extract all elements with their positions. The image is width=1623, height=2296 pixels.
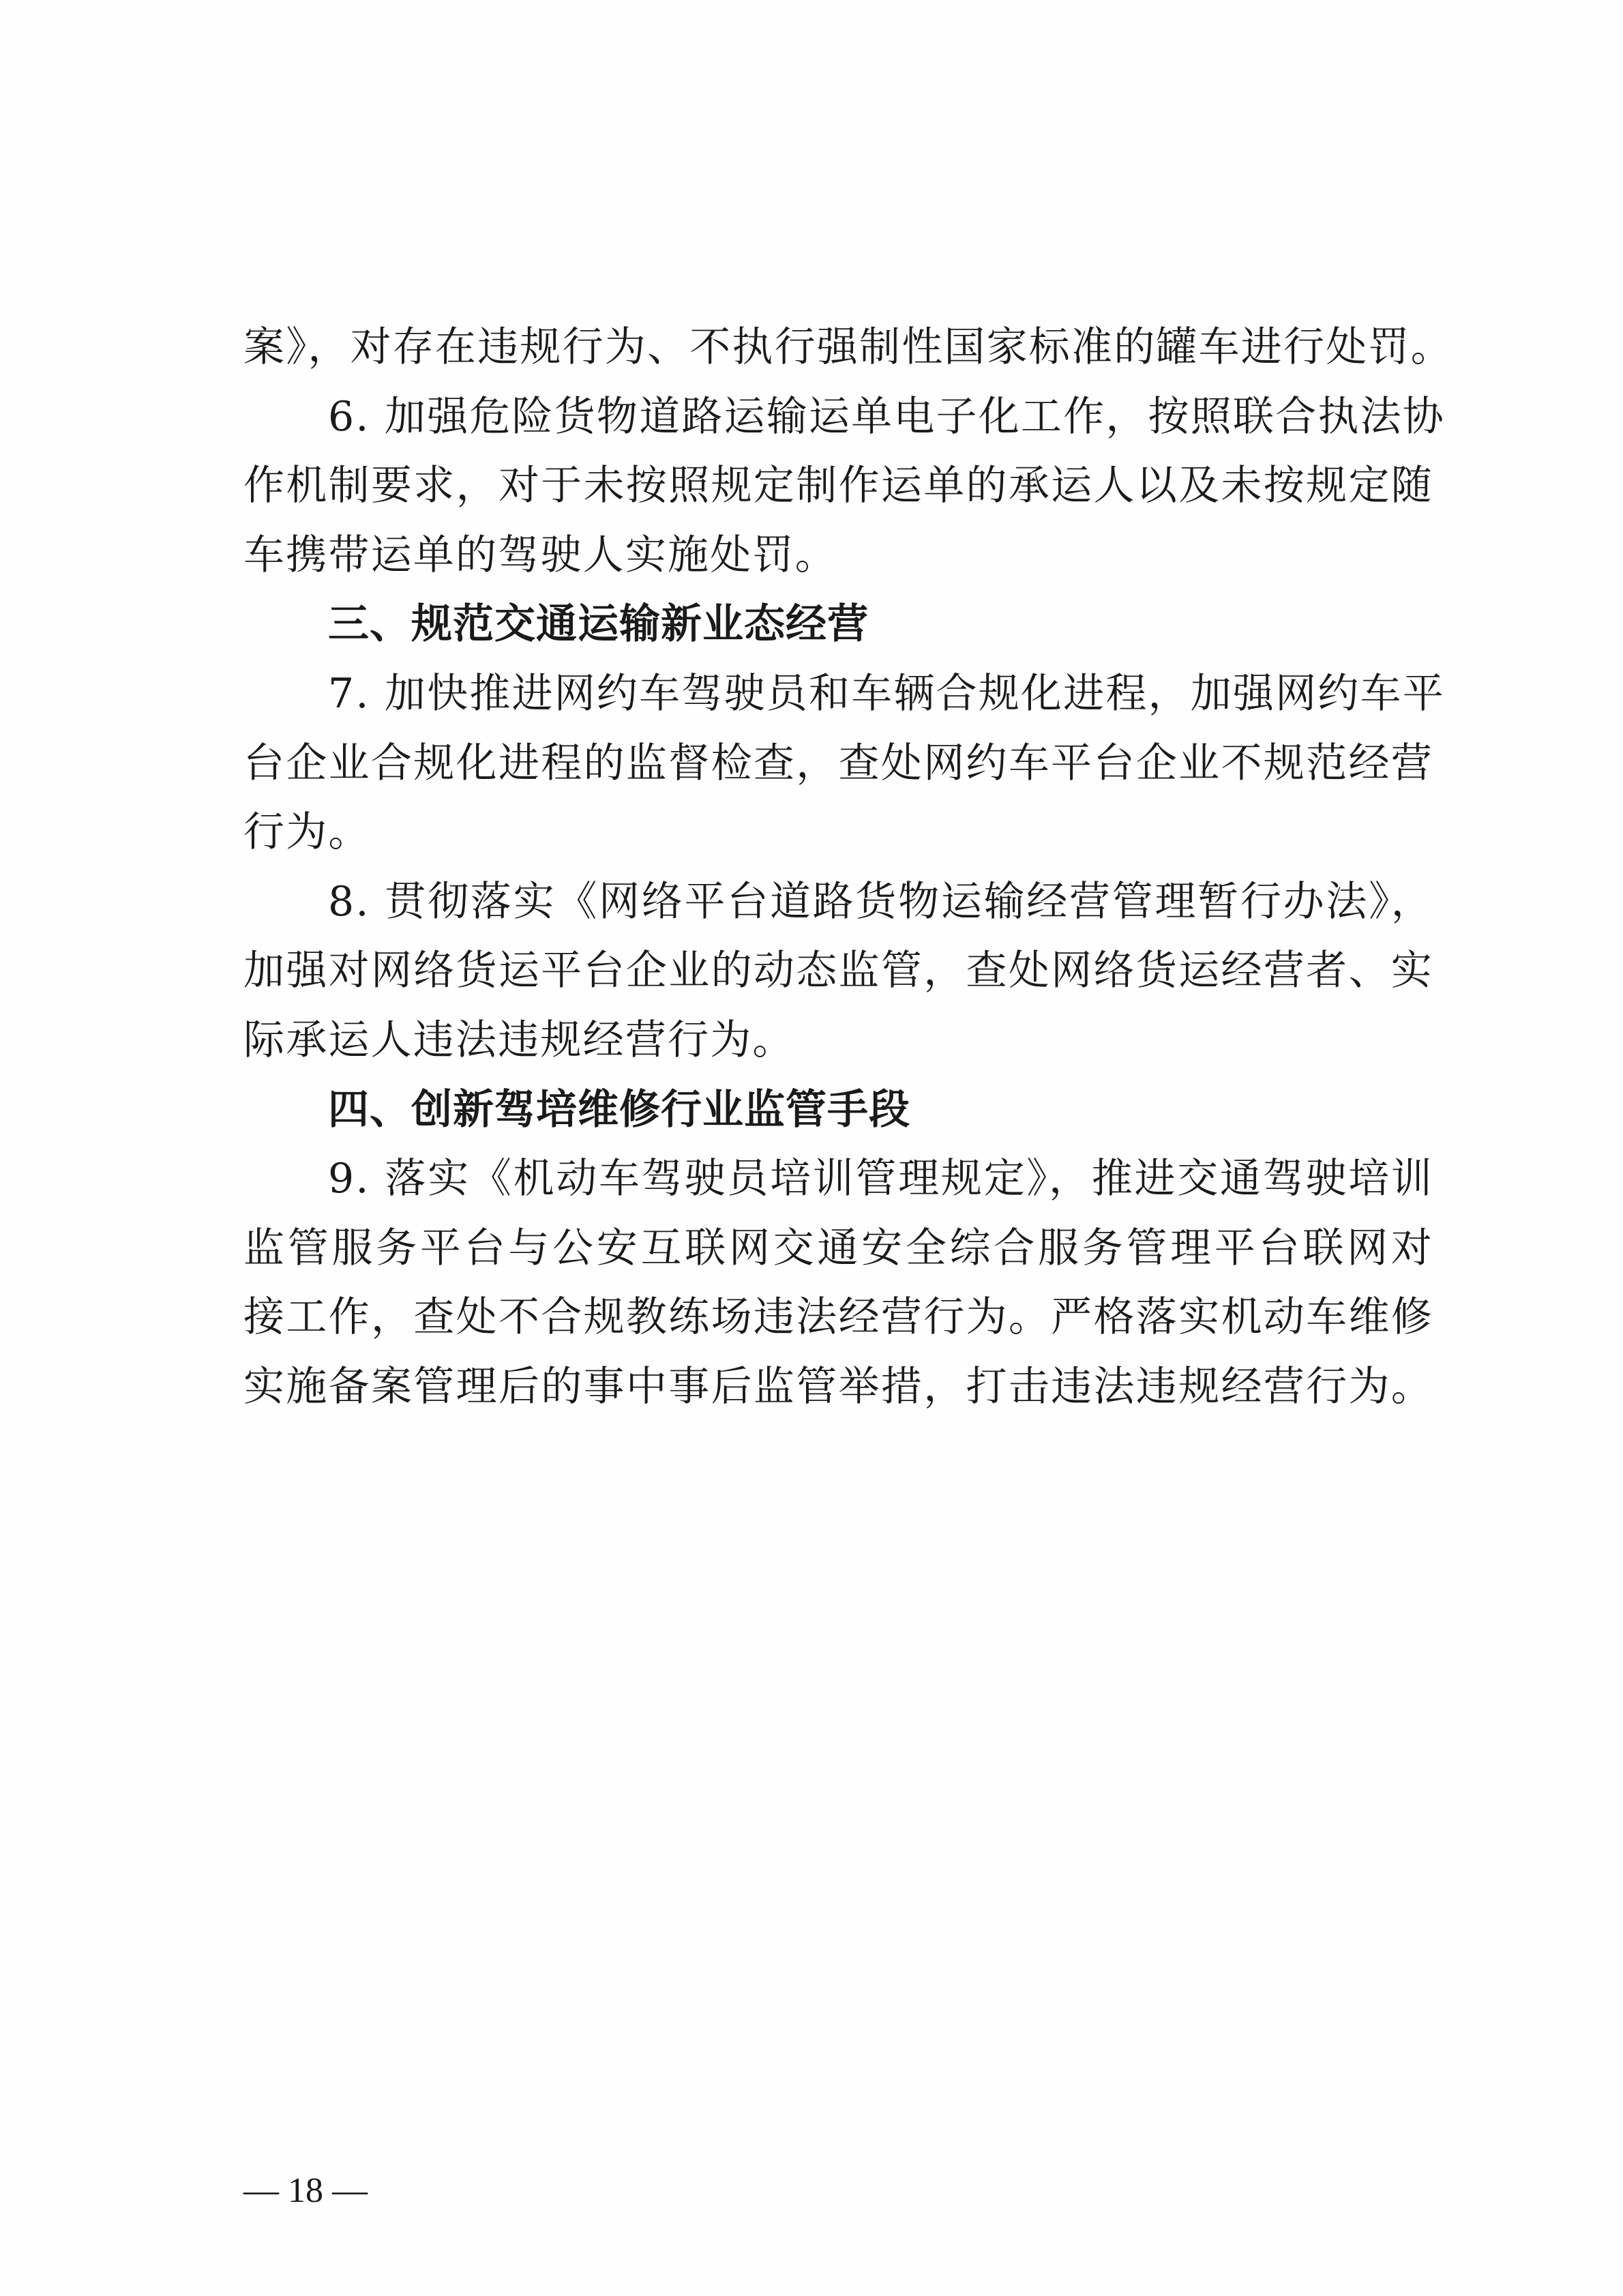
item-6-line-2: 作机制要求，对于未按照规定制作运单的承运人以及未按规定随 (243, 452, 1433, 521)
item-6-line-3: 车携带运单的驾驶人实施处罚。 (243, 521, 1433, 591)
item-7-line-3: 行为。 (243, 798, 1433, 868)
item-9-line-4: 实施备案管理后的事中事后监管举措，打击违法违规经营行为。 (243, 1353, 1433, 1422)
item-8-line-1: 8. 贯彻落实《网络平台道路货物运输经营管理暂行办法》， (243, 868, 1433, 937)
paragraph-5-continuation-line: 案》，对存在违规行为、不执行强制性国家标准的罐车进行处罚。 (243, 313, 1433, 383)
item-6-line-1: 6. 加强危险货物道路运输运单电子化工作，按照联合执法协 (243, 383, 1433, 452)
section-3-heading: 三、规范交通运输新业态经营 (243, 590, 1433, 660)
page-number: — 18 — (243, 2169, 368, 2213)
item-9-line-2: 监管服务平台与公安互联网交通安全综合服务管理平台联网对 (243, 1214, 1433, 1284)
document-page: 案》，对存在违规行为、不执行强制性国家标准的罐车进行处罚。 6. 加强危险货物道… (0, 0, 1623, 2296)
item-7-line-2: 台企业合规化进程的监督检查，查处网约车平台企业不规范经营 (243, 729, 1433, 799)
section-4-heading: 四、创新驾培维修行业监管手段 (243, 1076, 1433, 1145)
item-8-line-3: 际承运人违法违规经营行为。 (243, 1006, 1433, 1076)
item-8-line-2: 加强对网络货运平台企业的动态监管，查处网络货运经营者、实 (243, 937, 1433, 1006)
document-body: 案》，对存在违规行为、不执行强制性国家标准的罐车进行处罚。 6. 加强危险货物道… (243, 313, 1433, 1422)
item-9-line-3: 接工作，查处不合规教练场违法经营行为。严格落实机动车维修 (243, 1283, 1433, 1353)
item-9-line-1: 9. 落实《机动车驾驶员培训管理规定》，推进交通驾驶培训 (243, 1145, 1433, 1214)
item-7-line-1: 7. 加快推进网约车驾驶员和车辆合规化进程，加强网约车平 (243, 660, 1433, 729)
